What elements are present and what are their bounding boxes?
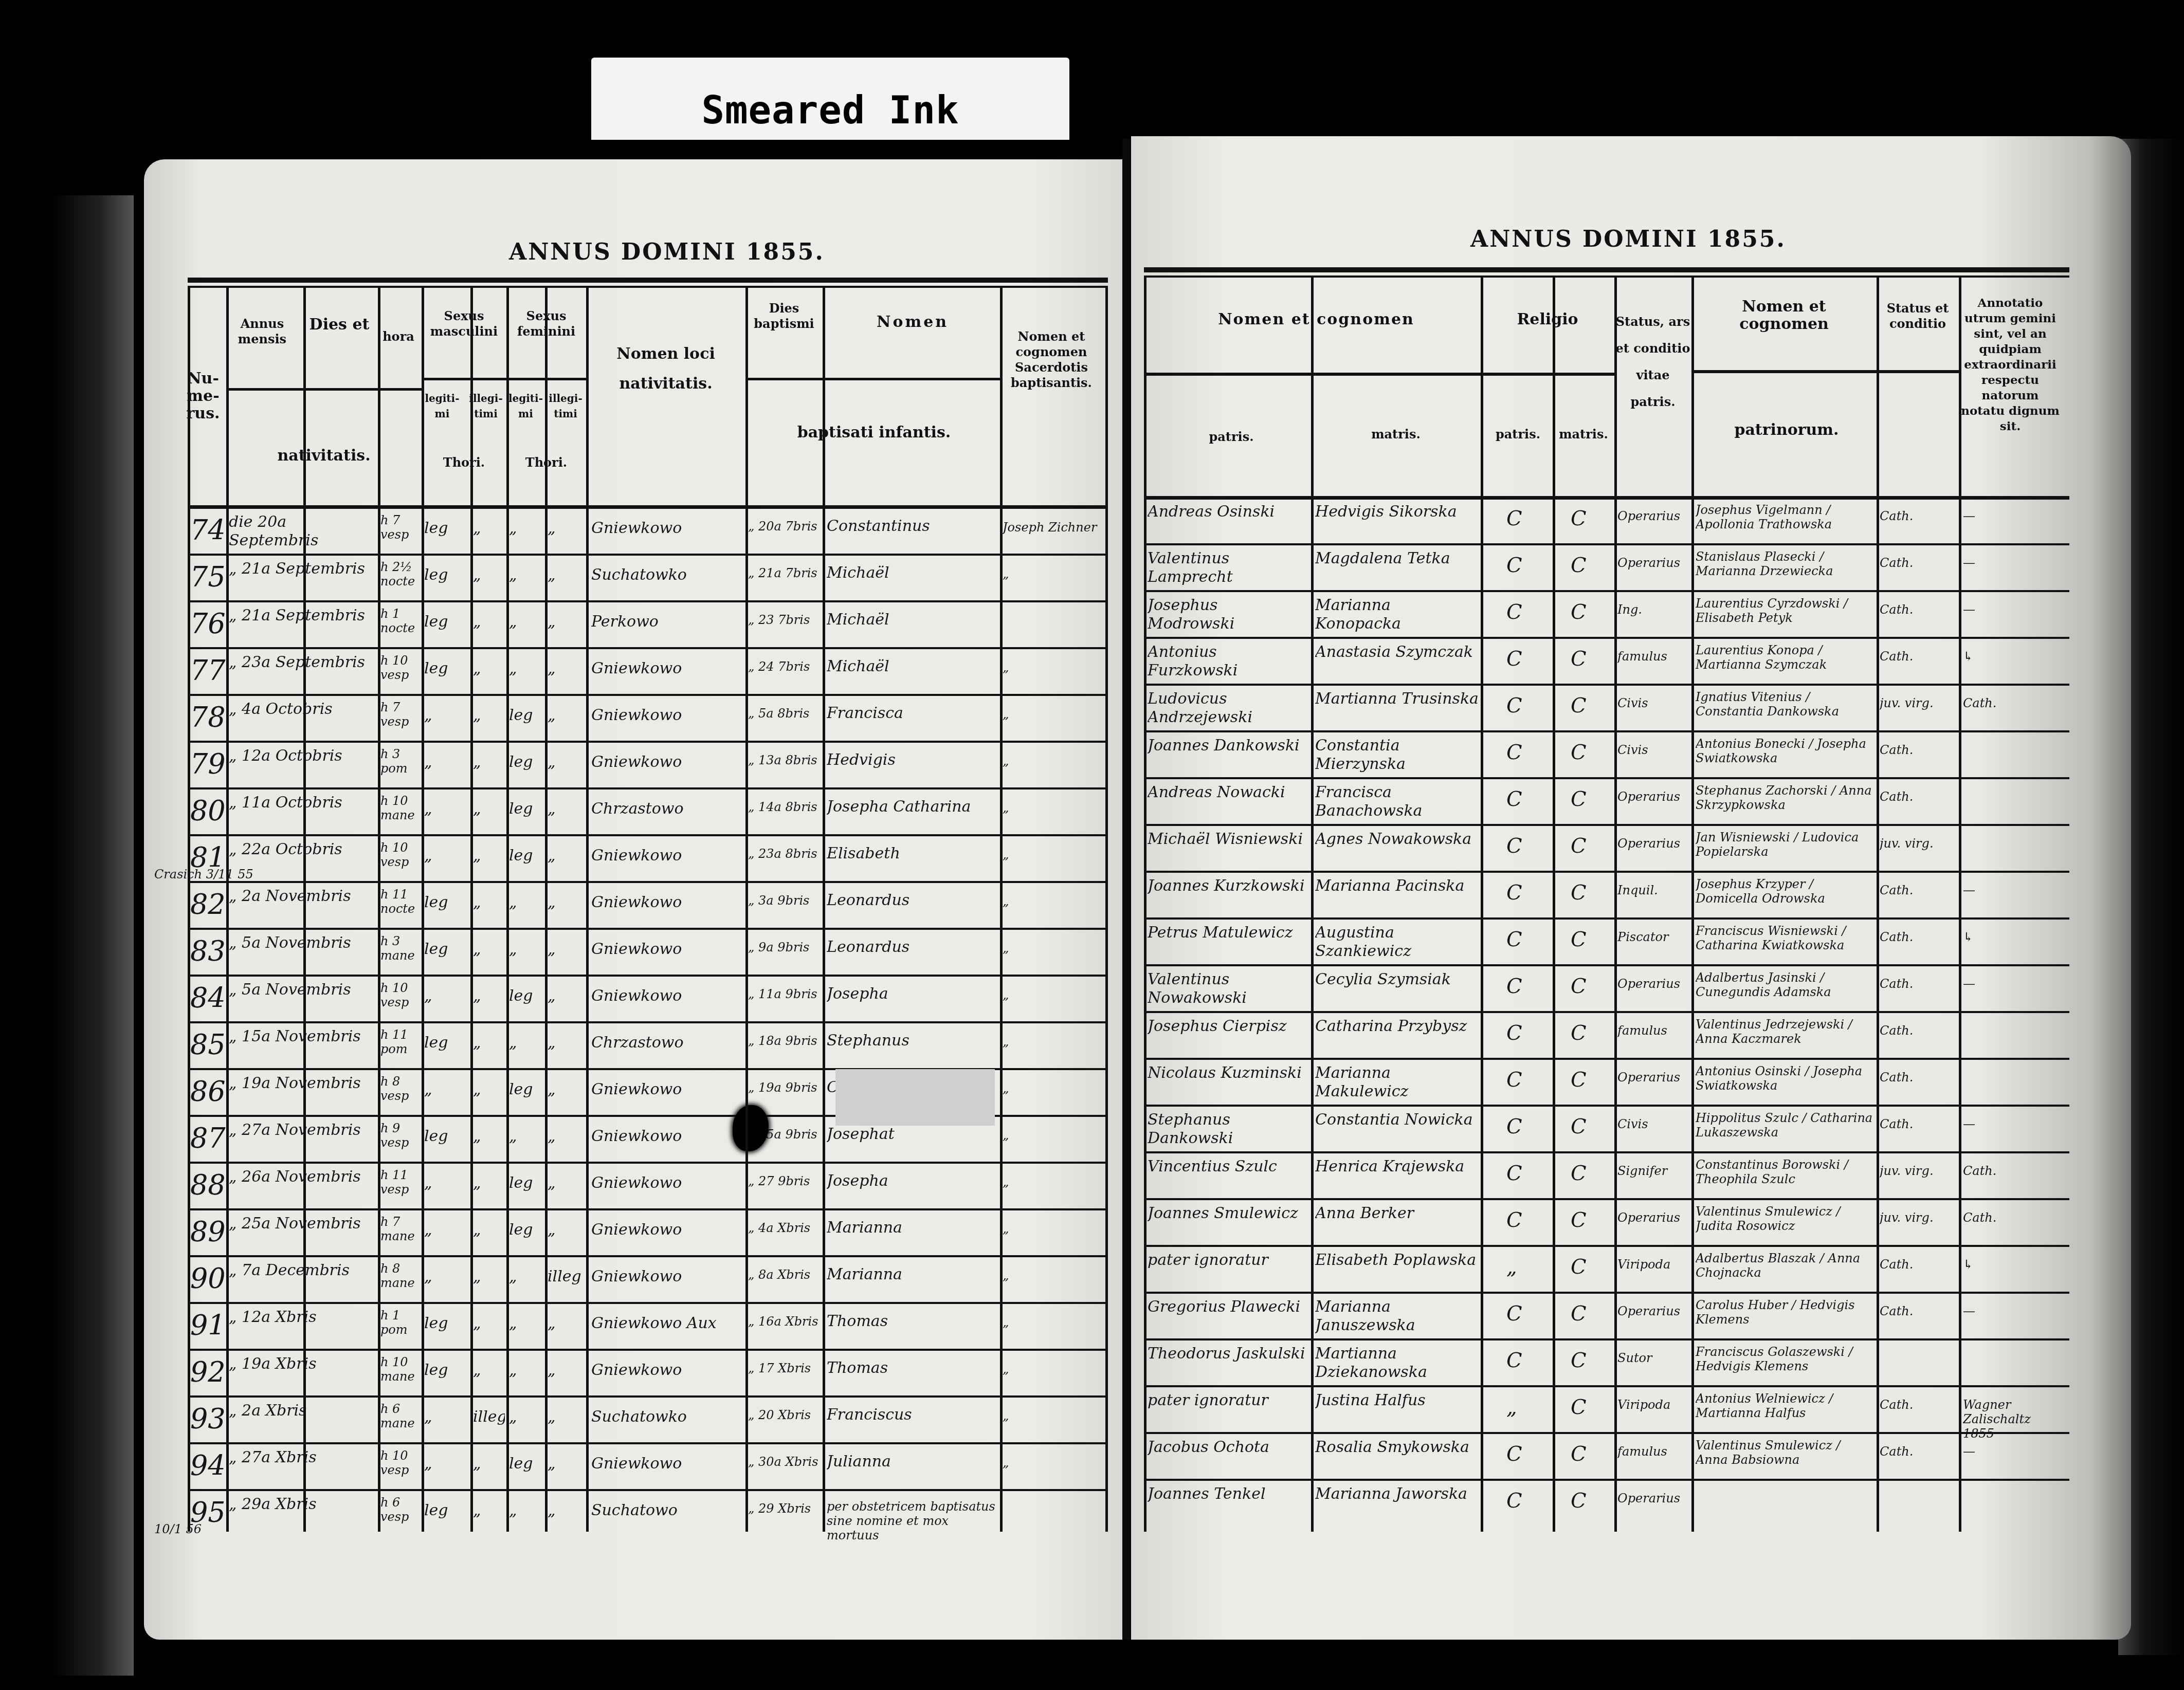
priest-name: „ xyxy=(1003,707,1103,722)
row-divider xyxy=(1144,543,2069,545)
female-legitimate: leg xyxy=(509,1174,544,1192)
godparents-status: Cath. xyxy=(1880,509,1957,523)
male-illegitimate: „ xyxy=(473,800,505,818)
baptism-date: „ 11a 9bris xyxy=(748,987,821,1001)
column-divider xyxy=(1959,278,1961,1532)
column-divider xyxy=(378,288,380,1532)
religion-father: C xyxy=(1506,647,1537,671)
female-illegitimate: „ xyxy=(548,706,585,725)
male-illegitimate: „ xyxy=(473,940,505,959)
father-status: Operarius xyxy=(1617,977,1689,991)
male-illegitimate: illeg xyxy=(473,1408,505,1426)
father-status: Civis xyxy=(1617,696,1689,710)
male-legitimate: „ xyxy=(424,1174,469,1192)
mother-name: Agnes Nowakowska xyxy=(1315,830,1479,849)
female-legitimate: leg xyxy=(509,1080,544,1099)
male-legitimate: „ xyxy=(424,1080,469,1099)
row-divider xyxy=(1144,1151,2069,1153)
column-divider xyxy=(470,288,473,1532)
godparents-names: Antonius Bonecki / Josepha Swiatkowska xyxy=(1696,737,1876,765)
entry-number: 76 xyxy=(190,608,226,640)
father-status: Inquil. xyxy=(1617,883,1689,897)
entry-number: 79 xyxy=(190,748,226,780)
religion-father: C xyxy=(1506,741,1537,764)
mother-name: Marianna Jaworska xyxy=(1315,1485,1479,1503)
female-legitimate: leg xyxy=(509,800,544,818)
godparents-status: Cath. xyxy=(1880,602,1957,617)
entry-number: 84 xyxy=(190,982,226,1014)
father-name: Ludovicus Andrzejewski xyxy=(1148,690,1308,727)
column-divider xyxy=(1614,278,1617,1532)
birth-hour: h 7 vesp xyxy=(380,700,421,729)
religion-father: C xyxy=(1506,1021,1537,1045)
godparents-names: Hippolitus Szulc / Catharina Lukaszewska xyxy=(1696,1111,1876,1140)
row-divider xyxy=(1144,1058,2069,1060)
column-divider xyxy=(586,288,589,1532)
father-status: Sutor xyxy=(1617,1351,1689,1365)
godparents-status: juv. virg. xyxy=(1880,1210,1957,1225)
row-divider xyxy=(1144,871,2069,873)
birth-hour: h 2½ nocte xyxy=(380,560,421,589)
religion-mother: C xyxy=(1571,600,1601,624)
entry-number: 75 xyxy=(190,561,226,593)
female-illegitimate: „ xyxy=(548,987,585,1005)
birth-hour: h 10 vesp xyxy=(380,840,421,869)
birth-place: Gniewkowo xyxy=(591,940,744,959)
religion-mother: C xyxy=(1571,1349,1601,1372)
father-name: Joannes Kurzkowski xyxy=(1148,877,1308,895)
father-name: Joannes Tenkel xyxy=(1148,1485,1308,1503)
religion-mother: C xyxy=(1571,1442,1601,1466)
table-rule xyxy=(188,278,1108,283)
annotation: Cath. xyxy=(1963,1210,2061,1225)
godparents-names: Ignatius Vitenius / Constantia Dankowska xyxy=(1696,690,1876,719)
child-name: Elisabeth xyxy=(827,844,999,863)
father-name: Jacobus Ochota xyxy=(1148,1438,1308,1457)
annotation: — xyxy=(1963,977,2061,991)
margin-note: Crasich 3/11 55 xyxy=(154,867,257,881)
table-rule xyxy=(1144,373,1617,376)
birth-hour: h 8 mane xyxy=(380,1261,421,1290)
entry-number: 89 xyxy=(190,1216,226,1248)
baptism-date: „ 4a Xbris xyxy=(748,1221,821,1235)
child-name: Michaël xyxy=(827,564,999,582)
annotation: — xyxy=(1963,1304,2061,1318)
birth-place: Gniewkowo xyxy=(591,1267,744,1286)
godparents-names: Adalbertus Blaszak / Anna Chojnacka xyxy=(1696,1251,1876,1280)
row-divider xyxy=(188,1021,1108,1023)
female-legitimate: „ xyxy=(509,1501,544,1520)
row-divider xyxy=(188,1442,1108,1444)
column-divider xyxy=(545,288,548,1532)
child-name: Francisca xyxy=(827,704,999,723)
row-divider xyxy=(188,1255,1108,1257)
header-fem-illegitimi: illegi-timi xyxy=(545,391,586,421)
mother-name: Martianna Trusinska xyxy=(1315,690,1479,708)
row-divider xyxy=(1144,637,2069,639)
male-legitimate: leg xyxy=(424,1314,469,1333)
row-divider xyxy=(1144,1011,2069,1013)
godparents-names: Adalbertus Jasinski / Cunegundis Adamska xyxy=(1696,970,1876,999)
female-legitimate: „ xyxy=(509,613,544,631)
child-name: per obstetricem baptisatus sine nomine e… xyxy=(827,1499,999,1542)
female-legitimate: „ xyxy=(509,519,544,538)
child-name: Leonardus xyxy=(827,938,999,957)
priest-name: „ xyxy=(1003,1269,1103,1283)
child-name: Josephat xyxy=(827,1125,999,1144)
female-legitimate: „ xyxy=(509,1314,544,1333)
column-divider xyxy=(1553,278,1555,1532)
birth-hour: h 11 nocte xyxy=(380,887,421,916)
column-divider xyxy=(303,288,306,1532)
birth-place: Gniewkowo xyxy=(591,893,744,912)
entry-number: 92 xyxy=(190,1356,226,1388)
header-status-patris: Status, ars et conditio vitae patris. xyxy=(1614,308,1691,415)
female-illegitimate: „ xyxy=(548,519,585,538)
female-illegitimate: „ xyxy=(548,659,585,678)
religion-mother: C xyxy=(1571,694,1601,718)
male-illegitimate: „ xyxy=(473,1267,505,1286)
mother-name: Cecylia Szymsiak xyxy=(1315,970,1479,989)
entry-number: 87 xyxy=(190,1122,226,1154)
female-illegitimate: „ xyxy=(548,1080,585,1099)
entry-number: 91 xyxy=(190,1309,226,1342)
child-name: Hedvigis xyxy=(827,751,999,769)
row-divider xyxy=(1144,1292,2069,1294)
father-name: Stephanus Dankowski xyxy=(1148,1111,1308,1148)
father-status: Operarius xyxy=(1617,1210,1689,1225)
female-illegitimate: „ xyxy=(548,1174,585,1192)
entry-number: 85 xyxy=(190,1028,226,1061)
baptism-date: „ 5a 8bris xyxy=(748,706,821,721)
header-nomen-loci: Nomen loci nativitatis. xyxy=(596,339,735,399)
male-illegitimate: „ xyxy=(473,1361,505,1380)
male-legitimate: leg xyxy=(424,519,469,538)
birth-hour: h 10 vesp xyxy=(380,653,421,682)
father-name: Joannes Smulewicz xyxy=(1148,1204,1308,1223)
female-illegitimate: „ xyxy=(548,1127,585,1146)
female-illegitimate: „ xyxy=(548,1034,585,1052)
annotation: — xyxy=(1963,1117,2061,1131)
annotation: Cath. xyxy=(1963,696,2061,710)
baptism-date: „ 24 7bris xyxy=(748,659,821,674)
male-legitimate: „ xyxy=(424,706,469,725)
religion-mother: C xyxy=(1571,787,1601,811)
female-legitimate: leg xyxy=(509,847,544,865)
godparents-names: Laurentius Cyrzdowski / Elisabeth Petyk xyxy=(1696,596,1876,625)
baptism-date: „ 29 Xbris xyxy=(748,1501,821,1516)
annotation: ↳ xyxy=(1963,1257,2061,1272)
male-legitimate: „ xyxy=(424,1455,469,1473)
priest-name: „ xyxy=(1003,848,1103,862)
header-religio-patris: patris. xyxy=(1483,427,1553,442)
female-illegitimate: „ xyxy=(548,893,585,912)
table-rule xyxy=(745,378,1003,380)
column-divider xyxy=(188,288,190,1532)
child-name: Leonardus xyxy=(827,891,999,910)
header-baptisati-infantis: baptisati infantis. xyxy=(748,424,1000,442)
male-illegitimate: „ xyxy=(473,519,505,538)
birth-hour: h 10 mane xyxy=(380,1355,421,1384)
religion-father: C xyxy=(1506,787,1537,811)
column-divider xyxy=(506,288,509,1532)
birth-place: Gniewkowo xyxy=(591,659,744,678)
male-illegitimate: „ xyxy=(473,706,505,725)
male-illegitimate: „ xyxy=(473,1174,505,1192)
male-legitimate: „ xyxy=(424,847,469,865)
birth-hour: h 11 vesp xyxy=(380,1168,421,1197)
female-illegitimate: „ xyxy=(548,940,585,959)
annotation: — xyxy=(1963,883,2061,897)
row-divider xyxy=(188,1349,1108,1351)
male-illegitimate: „ xyxy=(473,1455,505,1473)
column-divider xyxy=(1144,278,1146,1532)
religion-mother: C xyxy=(1571,1489,1601,1513)
male-legitimate: „ xyxy=(424,987,469,1005)
female-illegitimate: „ xyxy=(548,1408,585,1426)
religion-father: C xyxy=(1506,1489,1537,1513)
female-illegitimate: „ xyxy=(548,847,585,865)
entry-number: 88 xyxy=(190,1169,226,1201)
male-legitimate: leg xyxy=(424,940,469,959)
religion-mother: C xyxy=(1571,975,1601,998)
godparents-names: Laurentius Konopa / Martianna Szymczak xyxy=(1696,643,1876,672)
religion-mother: C xyxy=(1571,1115,1601,1138)
annotation: — xyxy=(1963,509,2061,523)
row-divider xyxy=(1144,1479,2069,1481)
margin-note: 10/1 56 xyxy=(154,1522,257,1536)
female-illegitimate: „ xyxy=(548,753,585,771)
father-name: Andreas Nowacki xyxy=(1148,783,1308,802)
baptism-date: „ 9a 9bris xyxy=(748,940,821,954)
priest-name: „ xyxy=(1003,941,1103,956)
female-illegitimate: „ xyxy=(548,1455,585,1473)
religion-father: C xyxy=(1506,554,1537,577)
row-divider xyxy=(188,741,1108,743)
female-legitimate: „ xyxy=(509,659,544,678)
table-rule xyxy=(1144,267,2069,272)
baptism-date: „ 23 7bris xyxy=(748,613,821,627)
godparents-status: Cath. xyxy=(1880,1070,1957,1085)
row-divider xyxy=(188,694,1108,696)
header-patrinorum: patrinorum. xyxy=(1697,421,1877,439)
religion-father: C xyxy=(1506,1162,1537,1185)
father-status: Civis xyxy=(1617,1117,1689,1131)
male-illegitimate: „ xyxy=(473,1080,505,1099)
header-religio: Religio xyxy=(1483,311,1612,328)
female-legitimate: „ xyxy=(509,1267,544,1286)
priest-name: „ xyxy=(1003,1128,1103,1143)
female-legitimate: „ xyxy=(509,1361,544,1380)
birth-place: Gniewkowo xyxy=(591,519,744,538)
mother-name: Constantia Mierzynska xyxy=(1315,737,1479,774)
row-divider xyxy=(188,834,1108,836)
religion-mother: C xyxy=(1571,881,1601,905)
godparents-status: Cath. xyxy=(1880,930,1957,944)
birth-hour: h 11 pom xyxy=(380,1027,421,1056)
row-divider xyxy=(1144,964,2069,966)
female-legitimate: „ xyxy=(509,940,544,959)
birth-place: Gniewkowo xyxy=(591,1455,744,1473)
entry-number: 86 xyxy=(190,1075,226,1108)
priest-name: „ xyxy=(1003,1409,1103,1423)
mother-name: Martianna Dziekanowska xyxy=(1315,1345,1479,1382)
baptism-date: „ 17 Xbris xyxy=(748,1361,821,1375)
priest-name: „ xyxy=(1003,660,1103,675)
female-legitimate: „ xyxy=(509,893,544,912)
birth-hour: h 3 pom xyxy=(380,747,421,776)
row-divider xyxy=(1144,824,2069,826)
religion-mother: C xyxy=(1571,1302,1601,1326)
annotation: Wagner Zalischaltz 1855 xyxy=(1963,1398,2061,1441)
entry-number: 93 xyxy=(190,1403,226,1435)
archive-label-text: Smeared Ink xyxy=(591,88,1069,133)
religion-father: C xyxy=(1506,1068,1537,1092)
child-name: Josepha Catharina xyxy=(827,798,999,816)
father-name: Petrus Matulewicz xyxy=(1148,924,1308,942)
header-dies-et: Dies et xyxy=(303,316,375,334)
annotation: ↳ xyxy=(1963,649,2061,664)
father-name: Josephus Modrowski xyxy=(1148,596,1308,633)
male-illegitimate: „ xyxy=(473,987,505,1005)
header-fem-legitimi: legiti-mi xyxy=(506,391,545,421)
religion-mother: C xyxy=(1571,1021,1601,1045)
header-patris: patris. xyxy=(1152,429,1311,445)
birth-place: Gniewkowo xyxy=(591,706,744,725)
table-rule xyxy=(1144,275,2069,278)
mother-name: Justina Halfus xyxy=(1315,1391,1479,1410)
baptism-date: „ 8a Xbris xyxy=(748,1267,821,1282)
male-legitimate: „ xyxy=(424,1408,469,1426)
header-matris: matris. xyxy=(1314,427,1478,442)
row-divider xyxy=(1144,1385,2069,1387)
baptism-date: „ 21a 7bris xyxy=(748,566,821,580)
female-legitimate: „ xyxy=(509,1034,544,1052)
godparents-status: juv. virg. xyxy=(1880,836,1957,851)
child-name: Franciscus xyxy=(827,1406,999,1424)
birth-hour: h 1 nocte xyxy=(380,607,421,635)
birth-place: Gniewkowo xyxy=(591,987,744,1005)
godparents-status: Cath. xyxy=(1880,1444,1957,1459)
row-divider xyxy=(188,1162,1108,1164)
baptism-date: „ 30a Xbris xyxy=(748,1455,821,1469)
child-name: Julianna xyxy=(827,1453,999,1471)
father-name: Gregorius Plawecki xyxy=(1148,1298,1308,1316)
father-status: Civis xyxy=(1617,743,1689,757)
religion-father: C xyxy=(1506,507,1537,530)
child-name: Constantinus xyxy=(827,517,999,536)
godparents-names: Valentinus Smulewicz / Anna Babsiowna xyxy=(1696,1438,1876,1467)
birth-hour: h 9 vesp xyxy=(380,1121,421,1150)
father-status: Viripoda xyxy=(1617,1257,1689,1272)
mother-name: Hedvigis Sikorska xyxy=(1315,503,1479,521)
row-divider xyxy=(188,975,1108,977)
column-divider xyxy=(1311,278,1314,1532)
godparents-status: juv. virg. xyxy=(1880,1164,1957,1178)
birth-hour: h 6 vesp xyxy=(380,1495,421,1524)
father-status: Operarius xyxy=(1617,1491,1689,1505)
column-divider xyxy=(1481,278,1483,1532)
table-rule xyxy=(226,388,422,391)
birth-hour: h 10 vesp xyxy=(380,1448,421,1477)
religion-mother: C xyxy=(1571,1395,1601,1419)
female-legitimate: leg xyxy=(509,987,544,1005)
father-status: famulus xyxy=(1617,1444,1689,1459)
mother-name: Anna Berker xyxy=(1315,1204,1479,1223)
father-status: famulus xyxy=(1617,649,1689,664)
male-legitimate: leg xyxy=(424,1501,469,1520)
mother-name: Magdalena Tetka xyxy=(1315,549,1479,568)
religion-father: C xyxy=(1506,694,1537,718)
mother-name: Marianna Januszewska xyxy=(1315,1298,1479,1335)
annotation: — xyxy=(1963,1444,2061,1459)
female-legitimate: „ xyxy=(509,566,544,584)
baptism-date: „ 20 Xbris xyxy=(748,1408,821,1422)
female-legitimate: leg xyxy=(509,1221,544,1239)
female-illegitimate: „ xyxy=(548,1361,585,1380)
religion-mother: C xyxy=(1571,554,1601,577)
table-rule xyxy=(188,505,1108,509)
religion-father: C xyxy=(1506,1349,1537,1372)
birth-hour: h 7 mane xyxy=(380,1215,421,1243)
birth-hour: h 7 vesp xyxy=(380,513,421,542)
female-illegitimate: „ xyxy=(548,613,585,631)
table-rule xyxy=(1144,496,2069,500)
row-divider xyxy=(1144,684,2069,686)
father-name: Vincentius Szulc xyxy=(1148,1158,1308,1176)
header-nomen-cognomen: Nomen et cognomen xyxy=(1152,311,1481,328)
priest-name: „ xyxy=(1003,801,1103,815)
father-name: Josephus Cierpisz xyxy=(1148,1017,1308,1036)
child-name: Josepha xyxy=(827,985,999,1003)
male-illegitimate: „ xyxy=(473,893,505,912)
female-illegitimate: „ xyxy=(548,1221,585,1239)
annotation: ↳ xyxy=(1963,930,2061,944)
mother-name: Anastasia Szymczak xyxy=(1315,643,1479,662)
baptism-date: „ 27 9bris xyxy=(748,1174,821,1188)
header-status-conditio: Status et conditio xyxy=(1877,301,1959,332)
mother-name: Constantia Nowicka xyxy=(1315,1111,1479,1129)
godparents-names: Valentinus Jedrzejewski / Anna Kaczmarek xyxy=(1696,1017,1876,1046)
child-name: Thomas xyxy=(827,1312,999,1331)
birth-place: Gniewkowo xyxy=(591,847,744,865)
male-legitimate: leg xyxy=(424,566,469,584)
godparents-status: juv. virg. xyxy=(1880,696,1957,710)
row-divider xyxy=(188,554,1108,556)
priest-name: Joseph Zichner xyxy=(1003,520,1103,535)
priest-name: „ xyxy=(1003,988,1103,1002)
religion-father: C xyxy=(1506,975,1537,998)
header-annus-mensis: Annus mensis xyxy=(226,316,298,347)
row-divider xyxy=(188,1489,1108,1491)
column-divider xyxy=(422,288,424,1532)
religion-mother: C xyxy=(1571,1162,1601,1185)
child-name: Michaël xyxy=(827,611,999,629)
religion-mother: C xyxy=(1571,741,1601,764)
godparents-status: Cath. xyxy=(1880,1023,1957,1038)
male-illegitimate: „ xyxy=(473,847,505,865)
birth-place: Suchatowko xyxy=(591,566,744,584)
entry-number: 77 xyxy=(190,654,226,687)
birth-hour: h 3 mane xyxy=(380,934,421,963)
godparents-status: Cath. xyxy=(1880,743,1957,757)
baptism-date: „ 3a 9bris xyxy=(748,893,821,908)
godparents-names: Josephus Vigelmann / Apollonia Trathowsk… xyxy=(1696,503,1876,531)
table-rule xyxy=(188,286,1108,288)
father-status: Operarius xyxy=(1617,789,1689,804)
mother-name: Augustina Szankiewicz xyxy=(1315,924,1479,961)
column-divider xyxy=(745,288,748,1532)
